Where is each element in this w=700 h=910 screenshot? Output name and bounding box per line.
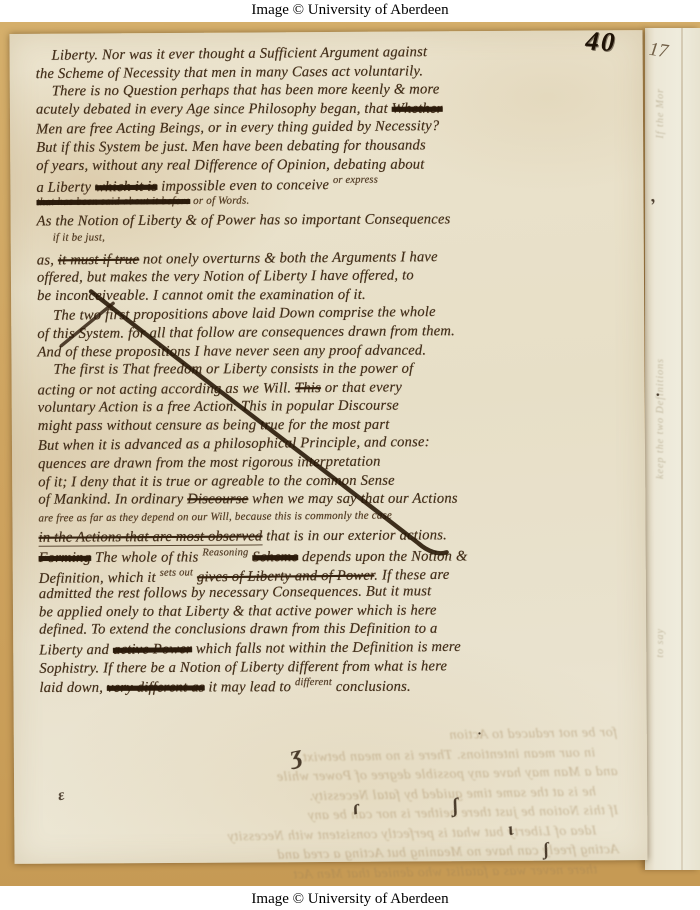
manuscript-text-segment: But if this System be just. Men have bee… — [36, 137, 426, 155]
manuscript-line: offered, but makes the very Notion of Li… — [37, 266, 637, 288]
manuscript-line: of it; I deny that it is true or agreabl… — [38, 471, 638, 493]
manuscript-text-segment: might pass without censure as being true… — [38, 417, 390, 434]
copyright-text-bottom: Image © University of Aberdeen — [251, 891, 448, 907]
manuscript-text-segment: gives of Liberty and of Power — [197, 567, 374, 585]
manuscript-text-segment: of it; I deny that it is true or agreabl… — [38, 472, 395, 490]
copyright-banner-top: Image © University of Aberdeen — [0, 0, 700, 22]
manuscript-scan: 17 If the Morkeep the two Definitionsto … — [0, 22, 700, 886]
manuscript-text-segment: that has been said about it before — [36, 195, 190, 208]
manuscript-text-segment: very different as — [107, 680, 205, 696]
manuscript-text-segment: which it is — [95, 179, 157, 196]
manuscript-text-segment: impossible even to conceive — [157, 177, 333, 195]
manuscript-text-segment: Reasoning — [202, 547, 248, 558]
manuscript-line: And of these propositions I have never s… — [37, 341, 637, 363]
manuscript-text-segment: be applied onely to that Liberty & that … — [39, 602, 437, 620]
manuscript-text-segment: This — [295, 380, 321, 396]
manuscript-text-segment: of Mankind. In ordinary — [38, 492, 187, 508]
manuscript-text-segment: sets out — [160, 567, 194, 578]
manuscript-text-segment: There is no Question perhaps that has be… — [52, 82, 440, 100]
manuscript-text-segment: Forming — [39, 550, 92, 566]
copyright-banner-bottom: Image © University of Aberdeen — [0, 886, 700, 910]
verso-showthrough-text: for be not reduced to Actionin our mean … — [27, 725, 620, 886]
manuscript-text-segment: active Power — [113, 641, 192, 658]
edge-strip-fragment: If the Mor — [655, 88, 666, 139]
manuscript-text-segment: as, — [37, 252, 58, 268]
manuscript-text-segment: And of these propositions I have never s… — [37, 342, 426, 360]
manuscript-text-segment: defined. To extend the conclusions drawn… — [39, 621, 437, 638]
manuscript-text-segment: The two first propositions above laid Do… — [53, 304, 436, 324]
manuscript-text-segment: conclusions. — [332, 679, 411, 695]
manuscript-text-segment: quences are drawn from the most rigorous… — [38, 454, 381, 473]
manuscript-text-segment: acutely debated in every Age since Philo… — [36, 101, 392, 118]
edge-strip-fragment: keep the two Definitions — [655, 358, 666, 479]
manuscript-text-segment: if it be just, — [53, 231, 105, 243]
manuscript-text-segment: of this System. for all that follow are … — [37, 323, 455, 342]
manuscript-text-segment: it must if true — [58, 251, 139, 268]
manuscript-text-segment: As the Notion of Liberty & of Power has … — [37, 212, 451, 230]
manuscript-text-segment: admitted the rest follows by necessary C… — [39, 583, 432, 602]
manuscript-text-block: Liberty. Nor was it ever thought a Suffi… — [36, 43, 640, 697]
manuscript-text-segment: But when it is advanced as a philosophic… — [38, 435, 430, 455]
manuscript-text-segment: offered, but makes the very Notion of Li… — [37, 268, 414, 286]
manuscript-text-segment: are free as far as they depend on our Wi… — [38, 509, 392, 524]
edge-strip-fragment: to say — [655, 628, 666, 658]
manuscript-text-segment: the Scheme of Necessity that men in many… — [36, 63, 424, 82]
manuscript-text-segment: it may lead to — [205, 679, 295, 695]
manuscript-text-segment: in the Actions that are most observed — [39, 529, 263, 547]
manuscript-text-segment: of years, without any real Difference of… — [36, 156, 424, 173]
copyright-text-top: Image © University of Aberdeen — [251, 2, 448, 18]
manuscript-text-segment: Liberty. Nor was it ever thought a Suffi… — [52, 44, 428, 64]
manuscript-text-segment: that is in our exterior actions. — [262, 528, 447, 545]
manuscript-text-segment: Discourse — [187, 491, 248, 507]
manuscript-text-segment: or of Words. — [190, 194, 249, 206]
manuscript-line: laid down, very different as it may lead… — [39, 676, 639, 697]
manuscript-text-segment: Definition, which it — [39, 569, 160, 586]
adjacent-folio-number: 17 — [648, 39, 670, 63]
adjacent-leaf-edge: 17 If the Morkeep the two Definitionsto … — [645, 28, 700, 870]
manuscript-text-segment: Scheme — [252, 549, 298, 565]
manuscript-text-segment: when we may say that our Actions — [248, 491, 457, 508]
manuscript-text-segment: Men are free Acting Beings, or in every … — [36, 118, 439, 137]
manuscript-text-segment: The whole of this — [91, 549, 202, 565]
manuscript-page: 40 Liberty. Nor was it ever thought a Su… — [9, 30, 647, 864]
manuscript-line: There is no Question perhaps that has be… — [36, 81, 636, 103]
manuscript-text-segment: Liberty and — [39, 642, 113, 659]
manuscript-text-segment: The first is That freedom or Liberty con… — [54, 361, 414, 378]
manuscript-text-segment: Sophistry. If there be a Notion of Liber… — [39, 658, 447, 676]
manuscript-line: But if this System be just. Men have bee… — [36, 136, 636, 158]
manuscript-text-segment: voluntary Action is a free Action. This … — [38, 398, 399, 416]
manuscript-text-segment: a Liberty — [36, 179, 95, 196]
manuscript-text-segment: acting or not acting according as we Wil… — [38, 380, 295, 398]
manuscript-text-segment: which falls not within the Definition is… — [192, 639, 461, 657]
manuscript-text-segment: be inconceiveable. I cannot omit the exa… — [37, 287, 366, 304]
archive-scan-view: Image © University of Aberdeen 17 If the… — [0, 0, 700, 910]
manuscript-line: As the Notion of Liberty & of Power has … — [37, 211, 637, 233]
manuscript-text-segment: not onely overturns & both the Arguments… — [139, 249, 438, 268]
manuscript-text-segment: depends upon the Notion & — [298, 548, 467, 565]
manuscript-text-segment: or that every — [321, 379, 402, 396]
manuscript-text-segment: different — [295, 677, 332, 688]
manuscript-text-segment: or express — [333, 175, 378, 186]
manuscript-text-segment: . If these are — [374, 566, 449, 583]
manuscript-text-segment: Whether — [392, 100, 443, 116]
manuscript-text-segment: laid down, — [39, 680, 107, 696]
